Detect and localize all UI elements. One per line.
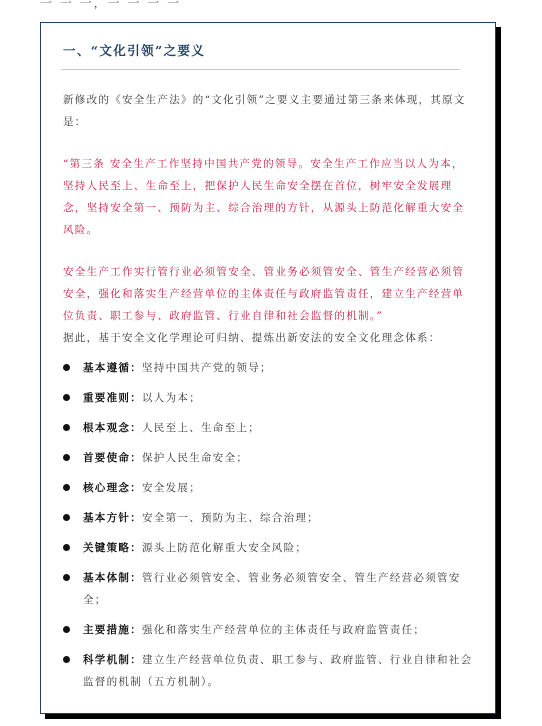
list-item: 科学机制：建立生产经营单位负责、职工参与、政府监管、行业自律和社会监督的机制（五…	[63, 649, 473, 693]
item-label: 基本体制：	[83, 572, 142, 584]
list-item: 基本体制：管行业必须管安全、管业务必须管安全、管生产经营必须管安全；	[63, 567, 473, 611]
bullet-icon	[63, 364, 70, 371]
item-text: 人民至上、生命至上；	[142, 422, 260, 434]
bullet-icon	[63, 574, 70, 581]
item-text: 坚持中国共产党的领导；	[142, 362, 272, 374]
item-label: 关键策略：	[83, 542, 142, 554]
law-quote-paragraph-2: 安全生产工作实行管行业必须管安全、管业务必须管安全、管生产经营必须管安全，强化和…	[63, 261, 467, 327]
item-label: 科学机制：	[83, 654, 142, 666]
law-quote-paragraph-1: “第三条 安全生产工作坚持中国共产党的领导。安全生产工作应当以人为本，坚持人民至…	[63, 153, 467, 241]
list-item: 核心理念：安全发展；	[63, 477, 473, 499]
bullet-icon	[63, 656, 70, 663]
item-label: 基本方针：	[83, 512, 142, 524]
item-label: 首要使命：	[83, 452, 142, 464]
bullet-icon	[63, 484, 70, 491]
item-text: 强化和落实生产经营单位的主体责任与政府监管责任；	[142, 624, 425, 636]
article-section-card: 一、“文化引领”之要义 新修改的《安全生产法》的“文化引领”之要义主要通过第三条…	[40, 22, 496, 714]
item-label: 主要措施：	[83, 624, 142, 636]
bullet-icon	[63, 544, 70, 551]
item-text: 源头上防范化解重大安全风险；	[142, 542, 307, 554]
bullet-icon	[63, 454, 70, 461]
intro-paragraph: 新修改的《安全生产法》的“文化引领”之要义主要通过第三条来体现，其原文是：	[63, 89, 467, 133]
list-item: 基本方针：安全第一、预防为主、综合治理；	[63, 507, 473, 529]
item-label: 重要准则：	[83, 392, 142, 404]
section-heading: 一、“文化引领”之要义	[63, 41, 205, 59]
list-item: 基本遵循：坚持中国共产党的领导；	[63, 357, 473, 379]
heading-divider	[61, 69, 460, 70]
bullet-icon	[63, 514, 70, 521]
list-item: 首要使命：保护人民生命安全；	[63, 447, 473, 469]
item-text: 保护人民生命安全；	[142, 452, 248, 464]
item-text: 安全发展；	[142, 482, 201, 494]
item-label: 基本遵循：	[83, 362, 142, 374]
list-item: 关键策略：源头上防范化解重大安全风险；	[63, 537, 473, 559]
item-text: 建立生产经营单位负责、职工参与、政府监管、行业自律和社会监督的机制（五方机制）。	[83, 654, 472, 688]
concept-list: 基本遵循：坚持中国共产党的领导； 重要准则：以人为本； 根本观念：人民至上、生命…	[63, 357, 473, 701]
bullet-icon	[63, 626, 70, 633]
summary-paragraph: 据此，基于安全文化学理论可归纳、提炼出新安法的安全文化理念体系：	[63, 327, 467, 349]
bullet-icon	[63, 394, 70, 401]
item-label: 核心理念：	[83, 482, 142, 494]
item-text: 以人为本；	[142, 392, 201, 404]
list-item: 根本观念：人民至上、生命至上；	[63, 417, 473, 439]
item-text: 安全第一、预防为主、综合治理；	[142, 512, 319, 524]
item-label: 根本观念：	[83, 422, 142, 434]
list-item: 重要准则：以人为本；	[63, 387, 473, 409]
list-item: 主要措施：强化和落实生产经营单位的主体责任与政府监管责任；	[63, 619, 473, 641]
bullet-icon	[63, 424, 70, 431]
previous-page-text-fragment: 一 一 一，一 一 一 一	[40, 0, 181, 11]
